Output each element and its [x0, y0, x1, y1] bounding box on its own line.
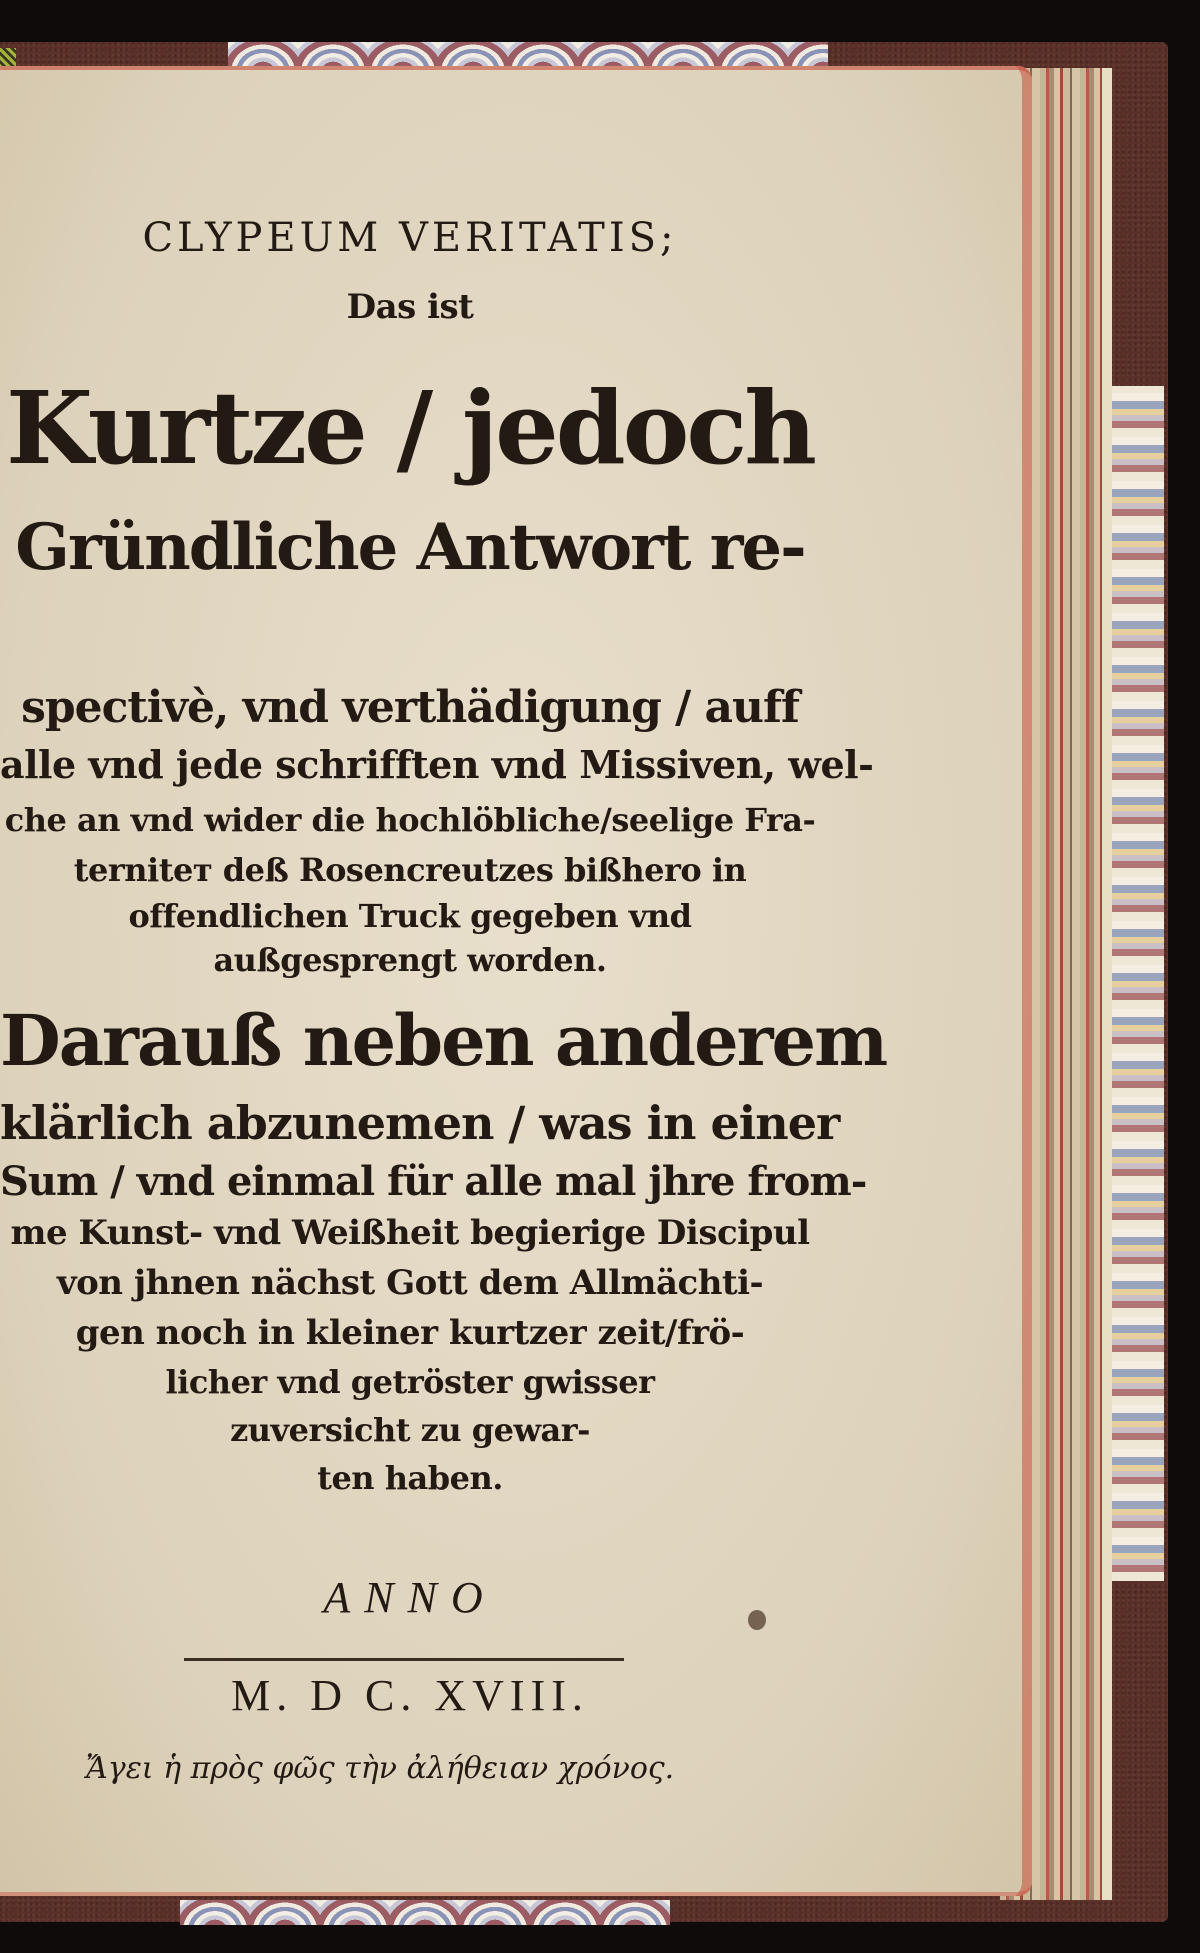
body-line-2: alle vnd jede schrifften vnd Missiven, w… [0, 746, 820, 784]
marbled-endpaper-top [228, 42, 828, 67]
second-body-line-8: ten haben. [0, 1462, 820, 1494]
body-line-6: außgesprengt worden. [0, 944, 820, 976]
second-body-line-3: me Kunst- vnd Weißheit begierige Discipu… [0, 1216, 820, 1250]
body-line-3: che an vnd wider die hochlöbliche/seelig… [0, 804, 820, 836]
binding-tie [0, 48, 16, 68]
ink-spot [748, 1610, 766, 1630]
year-roman: M. D C. XVIII. [0, 1674, 820, 1718]
second-body-line-2: Sum / vnd einmal für alle mal jhre from- [0, 1162, 820, 1202]
second-body-line-4: von jhnen nächst Gott dem Allmächti- [0, 1266, 820, 1300]
marbled-endpaper-right [1112, 386, 1164, 1581]
body-line-5: offendlichen Truck gegeben vnd [0, 900, 820, 932]
second-body-line-6: licher vnd getröster gwisser [0, 1366, 820, 1398]
body-line-1: spectivè, vnd verthädigung / auff [0, 686, 820, 730]
divider-rule [184, 1658, 624, 1661]
second-body-line-1: klärlich abzunemen / was in einer [0, 1100, 820, 1146]
title-page: CLYPEUM VERITATIS; Das ist Kurtze / jedo… [0, 66, 1032, 1896]
body-line-4: terniteт deß Rosencreutzes bißhero in [0, 854, 820, 886]
headline-2: Gründliche Antwort re- [0, 516, 820, 580]
subtitle-intro: Das ist [0, 290, 820, 324]
second-body-line-7: zuversicht zu gewar- [0, 1414, 820, 1446]
latin-title: CLYPEUM VERITATIS; [0, 218, 820, 258]
second-headline: Darauß neben anderem [0, 1006, 820, 1076]
second-body-line-5: gen noch in kleiner kurtzer zeit/frö- [0, 1316, 820, 1350]
headline-1: Kurtze / jedoch [0, 378, 820, 478]
marbled-endpaper-bottom [180, 1900, 670, 1925]
greek-motto: Ἄγει ἡ πρὸς φῶς τὴν ἀλήθειαν χρόνος. [0, 1754, 790, 1784]
anno-label: ANNO [0, 1576, 820, 1620]
